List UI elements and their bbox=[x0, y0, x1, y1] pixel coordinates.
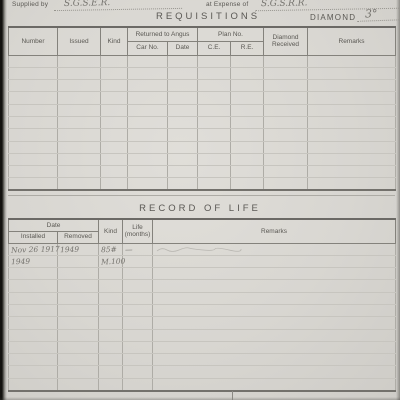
table-row bbox=[9, 67, 396, 79]
scan-edge-left bbox=[0, 0, 7, 400]
supplied-by-value: S.G.S.E.R. bbox=[54, 0, 182, 11]
cell-remarks bbox=[153, 243, 396, 255]
table-row bbox=[9, 292, 396, 304]
col-header-re: R.E. bbox=[231, 41, 264, 55]
col-header-ce: C.E. bbox=[198, 41, 231, 55]
col-header-kind: Kind bbox=[101, 27, 128, 55]
cell-installed: Nov 26 1917 bbox=[9, 243, 58, 255]
table-row bbox=[9, 178, 396, 190]
table-row bbox=[9, 92, 396, 104]
col-group-returned-to-angus: Returned to Angus bbox=[128, 27, 198, 41]
col-header-life-remarks: Remarks bbox=[153, 219, 396, 243]
table-row bbox=[9, 153, 396, 165]
section-divider-rule bbox=[8, 195, 395, 196]
cell-removed: 1949 bbox=[58, 243, 99, 255]
form-header: Supplied by S.G.S.E.R. at Expense of S.G… bbox=[8, 0, 397, 26]
life-table-body: Nov 26 1917 1949 85# — 1949 M.100 bbox=[9, 243, 396, 391]
table-row bbox=[9, 166, 396, 178]
scanned-form-page: Supplied by S.G.S.E.R. at Expense of S.G… bbox=[0, 0, 400, 400]
table-row bbox=[9, 55, 396, 67]
table-row bbox=[9, 80, 396, 92]
col-group-plan-no: Plan No. bbox=[198, 27, 264, 41]
col-header-removed: Removed bbox=[58, 231, 99, 243]
col-group-date: Date bbox=[9, 219, 99, 231]
scan-edge-right bbox=[396, 0, 400, 400]
table-row bbox=[9, 141, 396, 153]
col-header-date: Date bbox=[168, 41, 198, 55]
life-row-2: 1949 M.100 bbox=[9, 255, 396, 267]
cell-installed: 1949 bbox=[9, 255, 58, 267]
binding-tick-mark bbox=[232, 391, 233, 400]
requisitions-empty-rows bbox=[9, 55, 396, 190]
table-row bbox=[9, 354, 396, 366]
table-row bbox=[9, 129, 396, 141]
requisitions-table: Number Issued Kind Returned to Angus Pla… bbox=[8, 26, 396, 191]
table-row bbox=[9, 317, 396, 329]
col-header-remarks: Remarks bbox=[308, 27, 396, 55]
diamond-label: DIAMOND bbox=[310, 13, 356, 22]
table-row bbox=[9, 104, 396, 116]
table-row bbox=[9, 116, 396, 128]
col-header-car-no: Car No. bbox=[128, 41, 168, 55]
page-title-requisitions: REQUISITIONS bbox=[88, 11, 328, 22]
table-row bbox=[9, 304, 396, 316]
cell-life-months bbox=[123, 255, 153, 267]
table-row bbox=[9, 280, 396, 292]
supplied-by-label: Supplied by bbox=[12, 1, 48, 8]
col-header-number: Number bbox=[9, 27, 58, 55]
cell-remarks bbox=[153, 255, 396, 267]
col-header-issued: Issued bbox=[58, 27, 101, 55]
cell-life-months: — bbox=[123, 243, 153, 255]
table-row bbox=[9, 378, 396, 390]
diamond-value: 3° bbox=[357, 6, 400, 22]
col-header-installed: Installed bbox=[9, 231, 58, 243]
cell-removed bbox=[58, 255, 99, 267]
col-header-life-kind: Kind bbox=[99, 219, 123, 243]
life-row-1: Nov 26 1917 1949 85# — bbox=[9, 243, 396, 255]
cell-kind: 85# bbox=[99, 243, 123, 255]
expense-of-label: at Expense of bbox=[206, 1, 248, 8]
table-row bbox=[9, 366, 396, 378]
record-of-life-title: RECORD OF LIFE bbox=[80, 203, 320, 214]
record-of-life-table: Date Kind Life (months) Remarks Installe… bbox=[8, 218, 396, 392]
table-row bbox=[9, 329, 396, 341]
cell-kind: M.100 bbox=[99, 255, 123, 267]
faint-handwriting-mark bbox=[155, 246, 245, 254]
col-header-diamond-received: Diamond Received bbox=[264, 27, 308, 55]
col-header-life-months: Life (months) bbox=[123, 219, 153, 243]
table-row bbox=[9, 268, 396, 280]
table-row bbox=[9, 341, 396, 353]
